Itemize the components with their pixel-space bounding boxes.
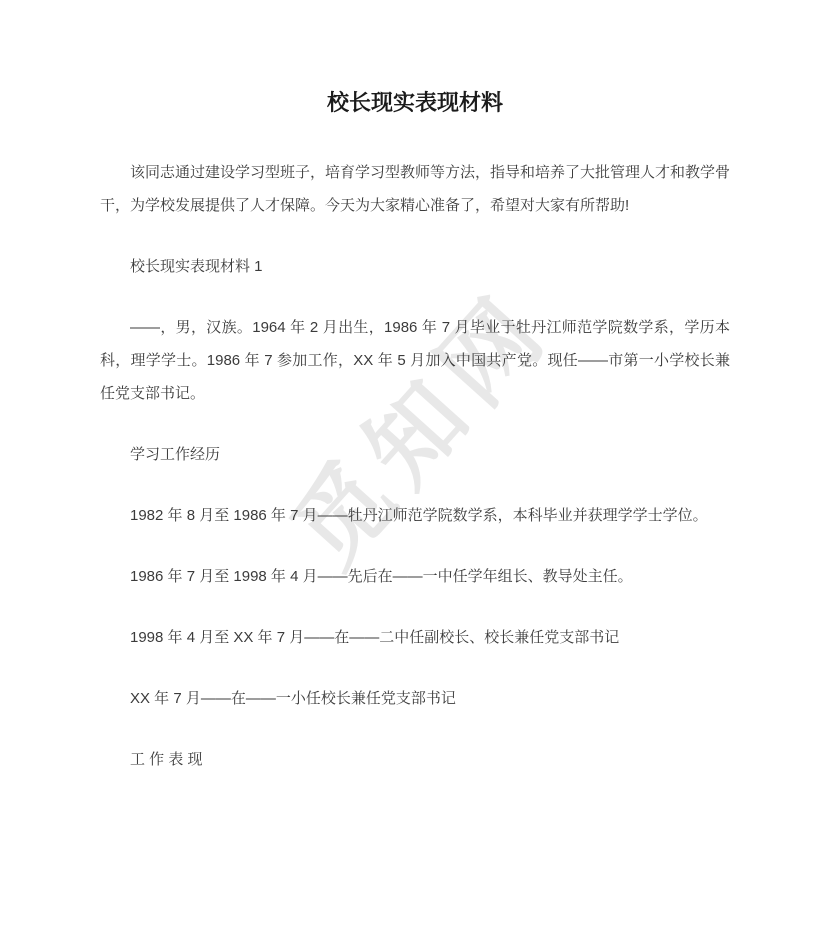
paragraph-heading-study-work-experience: 学习工作经历 [100,438,730,471]
document-content: 校长现实表现材料 该同志通过建设学习型班子，培育学习型教师等方法，指导和培养了大… [100,88,730,776]
paragraph-section-heading-1: 校长现实表现材料 1 [100,250,730,283]
paragraph-experience-1: 1982 年 8 月至 1986 年 7 月——牡丹江师范学院数学系，本科毕业并… [100,499,730,532]
paragraph-experience-3: 1998 年 4 月至 XX 年 7 月——在——二中任副校长、校长兼任党支部书… [100,621,730,654]
document-page: 觅知网 校长现实表现材料 该同志通过建设学习型班子，培育学习型教师等方法，指导和… [0,0,830,927]
paragraph-profile: ——，男，汉族。1964 年 2 月出生，1986 年 7 月毕业于牡丹江师范学… [100,311,730,410]
paragraph-intro: 该同志通过建设学习型班子，培育学习型教师等方法，指导和培养了大批管理人才和教学骨… [100,156,730,222]
paragraph-experience-2: 1986 年 7 月至 1998 年 4 月——先后在——一中任学年组长、教导处… [100,560,730,593]
paragraph-experience-4: XX 年 7 月——在——一小任校长兼任党支部书记 [100,682,730,715]
paragraph-heading-work-performance: 工 作 表 现 [100,743,730,776]
document-title: 校长现实表现材料 [100,88,730,118]
